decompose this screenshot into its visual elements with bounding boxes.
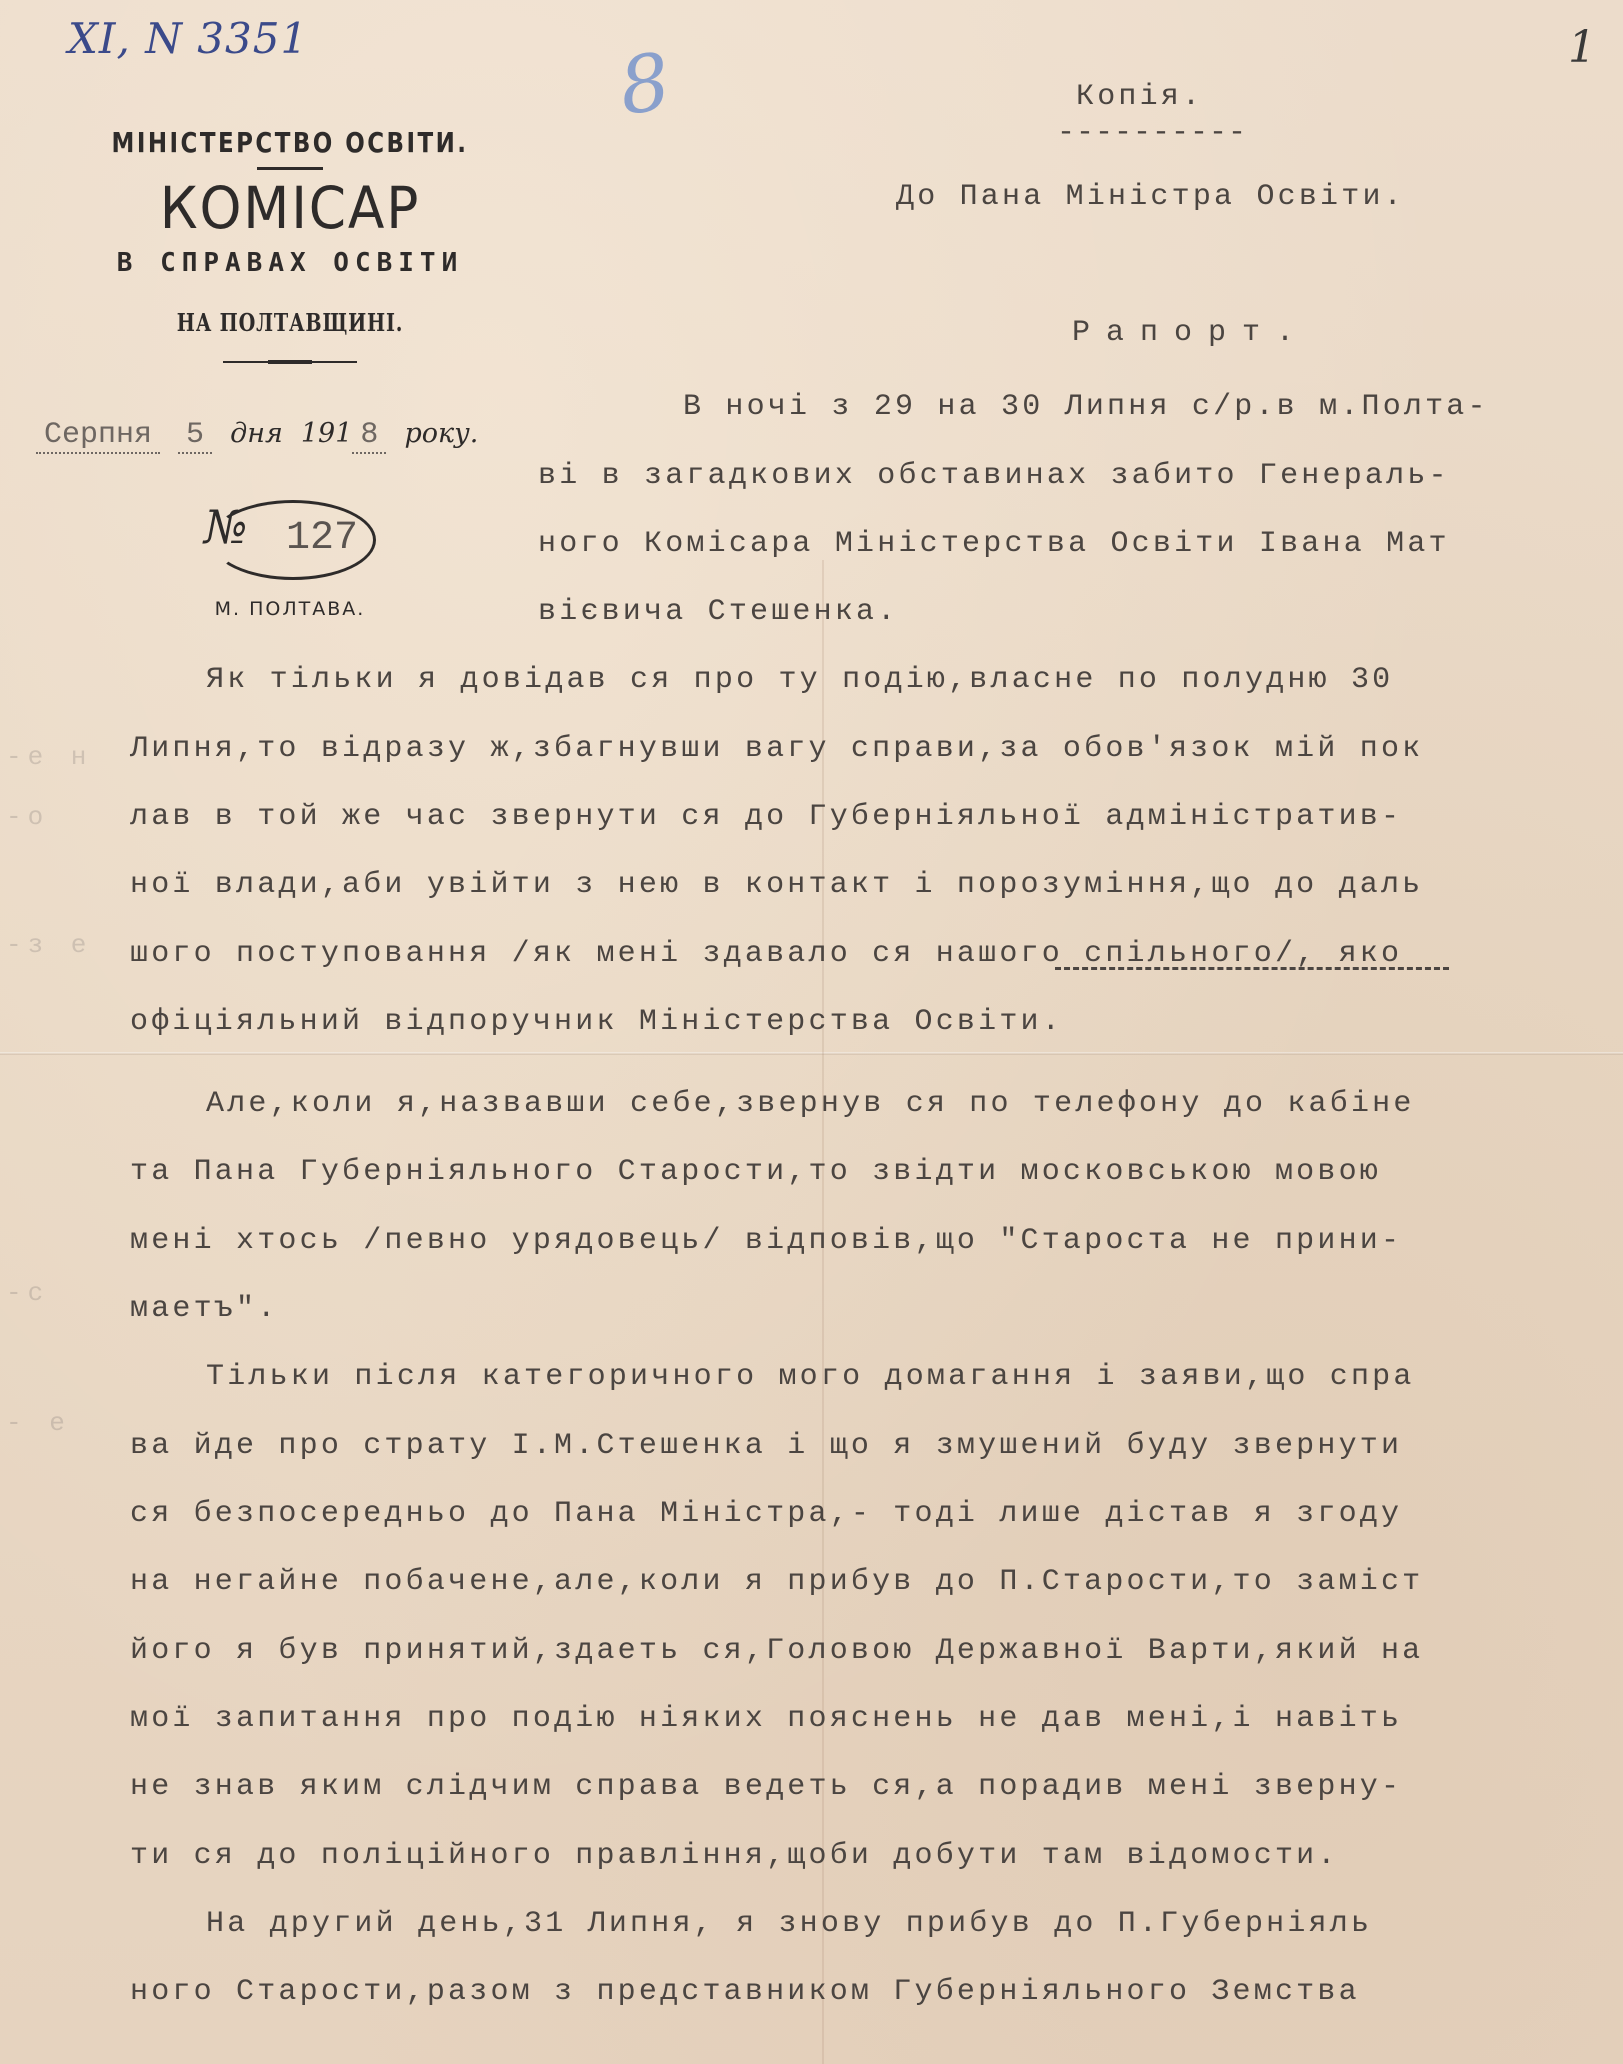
body-line: лав в той же час звернути ся до Губернія…: [130, 800, 1402, 834]
body-line: шого поступовання /як мені здавало ся на…: [130, 937, 1402, 971]
letterhead: МІНІСТЕРСТВО ОСВІТИ. КОМІСАР В СПРАВАХ О…: [40, 120, 540, 363]
body-line: ного Комісара Міністерства Освіти Івана …: [538, 527, 1450, 561]
date-year-label: року.: [404, 418, 478, 449]
body-line: на негайне побачене,але,коли я прибув до…: [130, 1565, 1423, 1599]
letterhead-divider: [223, 361, 357, 363]
margin-bleed-text: -з е: [6, 930, 92, 960]
body-line: Липня,то відразу ж,збагнувши вагу справи…: [130, 732, 1423, 766]
date-month: Серпня: [36, 418, 160, 454]
body-line: ві в загадкових обставинах забито Генера…: [538, 459, 1450, 493]
paper-fold-horizontal: [0, 1052, 1623, 1055]
margin-bleed-text: -е н: [6, 742, 92, 772]
number-sign: №: [204, 500, 248, 554]
body-line: В ночі з 29 на 30 Липня с/р.в м.Полта-: [683, 390, 1489, 424]
body-line: мої запитання про подію ніяких пояснень …: [130, 1702, 1402, 1736]
copy-label: Копія.: [1076, 80, 1203, 114]
body-line: маетъ".: [130, 1292, 278, 1326]
letterhead-subtitle: В СПРАВАХ ОСВІТИ: [40, 248, 540, 278]
body-line: ти ся до поліційного правління,щоби добу…: [130, 1839, 1339, 1873]
document-number: № 127: [196, 494, 386, 576]
report-title: Рапорт.: [1072, 316, 1310, 350]
body-line: та Пана Губерніяльного Старости,то звідт…: [130, 1155, 1381, 1189]
date-day: 5: [178, 418, 212, 454]
body-line: мені хтось /певно урядовець/ відповів,що…: [130, 1224, 1402, 1258]
number-value: 127: [286, 516, 358, 561]
body-line: ного Старости,разом з представником Губе…: [130, 1975, 1360, 2009]
body-line: не знав яким слідчим справа ведеть ся,а …: [130, 1770, 1402, 1804]
margin-bleed-text: -о: [6, 802, 49, 832]
page-number: 1: [1568, 22, 1596, 73]
addressee: До Пана Міністра Освіти.: [896, 180, 1405, 214]
body-line: його я був принятий,здаеть ся,Головою Де…: [130, 1634, 1423, 1668]
body-line: вієвича Стешенка.: [538, 595, 898, 629]
body-line: ся безпосередньо до Пана Міністра,- тоді…: [130, 1497, 1402, 1531]
copy-underline: ----------: [1057, 116, 1247, 150]
body-line: ва йде про страту І.М.Стешенка і що я зм…: [130, 1429, 1402, 1463]
date-year-suffix: 8: [352, 418, 386, 454]
archive-code: XI, N 3351: [68, 14, 308, 63]
body-line: На другий день,31 Липня, я знову прибув …: [206, 1907, 1372, 1941]
body-line: Тільки після категоричного мого домаганн…: [206, 1360, 1415, 1394]
letterhead-divider-small: [257, 167, 323, 170]
letterhead-title: КОМІСАР: [60, 174, 520, 242]
body-line: офіціяльний відпоручник Міністерства Осв…: [130, 1005, 1063, 1039]
document-date: Серпня 5 дня 1918 року.: [36, 418, 516, 454]
date-year-prefix: 191: [301, 418, 353, 449]
body-line: ної влади,аби увійти з нею в контакт і п…: [130, 868, 1423, 902]
margin-bleed-text: -с: [6, 1278, 49, 1308]
body-line: Але,коли я,назвавши себе,звернув ся по т…: [206, 1087, 1415, 1121]
city-label: М. ПОЛТАВА.: [40, 598, 540, 620]
letterhead-region: НА ПОЛТАВЩИНІ.: [90, 308, 490, 337]
letterhead-ministry: МІНІСТЕРСТВО ОСВІТИ.: [85, 126, 495, 159]
margin-bleed-text: - е: [6, 1408, 71, 1438]
body-line: Як тільки я довідав ся про ту подію,влас…: [206, 663, 1393, 697]
date-day-label: дня: [230, 418, 283, 449]
typed-underline: [1055, 967, 1449, 970]
